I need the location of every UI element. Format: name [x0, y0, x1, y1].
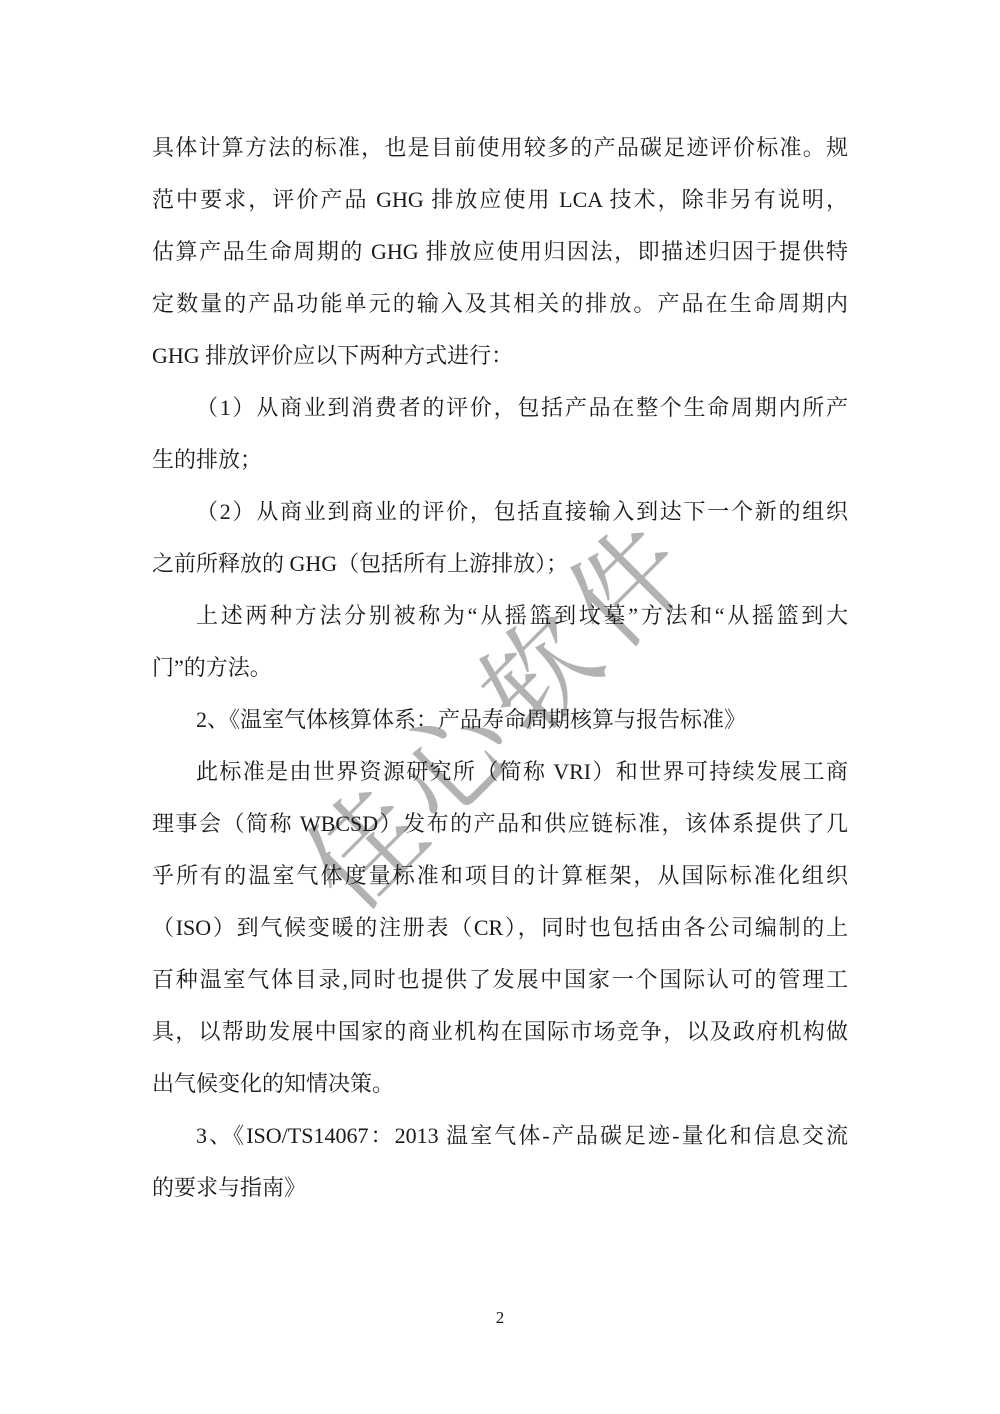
- paragraph: （2）从商业到商业的评价，包括直接输入到达下一个新的组织之前所释放的 GHG（包…: [152, 486, 848, 590]
- text-line: 之前所释放的 GHG（包括所有上游排放）；: [152, 538, 848, 590]
- text-line: 估算产品生命周期的 GHG 排放应使用归因法，即描述归因于提供特: [152, 226, 848, 278]
- text-line: 百种温室气体目录,同时也提供了发展中国家一个国际认可的管理工: [152, 954, 848, 1006]
- text-line: （2）从商业到商业的评价，包括直接输入到达下一个新的组织: [152, 486, 848, 538]
- text-line: 此标准是由世界资源研究所（简称 VRI）和世界可持续发展工商: [152, 746, 848, 798]
- text-line: 2、《温室气体核算体系：产品寿命周期核算与报告标准》: [152, 694, 848, 746]
- text-line: 上述两种方法分别被称为“从摇篮到坟墓”方法和“从摇篮到大: [152, 590, 848, 642]
- text-line: 3、《ISO/TS14067：2013 温室气体-产品碳足迹-量化和信息交流: [152, 1110, 848, 1162]
- text-line: 生的排放；: [152, 434, 848, 486]
- paragraph: 3、《ISO/TS14067：2013 温室气体-产品碳足迹-量化和信息交流的要…: [152, 1110, 848, 1214]
- text-line: 的要求与指南》: [152, 1162, 848, 1214]
- text-line: （1）从商业到消费者的评价，包括产品在整个生命周期内所产: [152, 382, 848, 434]
- text-line: （ISO）到气候变暖的注册表（CR），同时也包括由各公司编制的上: [152, 902, 848, 954]
- page-number: 2: [0, 1303, 1000, 1333]
- paragraph: （1）从商业到消费者的评价，包括产品在整个生命周期内所产生的排放；: [152, 382, 848, 486]
- paragraph: 2、《温室气体核算体系：产品寿命周期核算与报告标准》: [152, 694, 848, 746]
- text-line: 定数量的产品功能单元的输入及其相关的排放。产品在生命周期内: [152, 278, 848, 330]
- paragraph: 此标准是由世界资源研究所（简称 VRI）和世界可持续发展工商理事会（简称 WBC…: [152, 746, 848, 1110]
- text-line: 具，以帮助发展中国家的商业机构在国际市场竞争，以及政府机构做: [152, 1006, 848, 1058]
- text-line: 理事会（简称 WBCSD）发布的产品和供应链标准，该体系提供了几: [152, 798, 848, 850]
- text-line: 乎所有的温室气体度量标准和项目的计算框架，从国际标准化组织: [152, 850, 848, 902]
- document-body: 具体计算方法的标准，也是目前使用较多的产品碳足迹评价标准。规范中要求，评价产品 …: [152, 122, 848, 1214]
- text-line: 具体计算方法的标准，也是目前使用较多的产品碳足迹评价标准。规: [152, 122, 848, 174]
- paragraph: 上述两种方法分别被称为“从摇篮到坟墓”方法和“从摇篮到大门”的方法。: [152, 590, 848, 694]
- document-page: 佳心软件 具体计算方法的标准，也是目前使用较多的产品碳足迹评价标准。规范中要求，…: [0, 0, 1000, 1414]
- paragraph: 具体计算方法的标准，也是目前使用较多的产品碳足迹评价标准。规范中要求，评价产品 …: [152, 122, 848, 382]
- text-line: 门”的方法。: [152, 642, 848, 694]
- text-line: 出气候变化的知情决策。: [152, 1058, 848, 1110]
- text-line: GHG 排放评价应以下两种方式进行：: [152, 330, 848, 382]
- text-line: 范中要求，评价产品 GHG 排放应使用 LCA 技术，除非另有说明，: [152, 174, 848, 226]
